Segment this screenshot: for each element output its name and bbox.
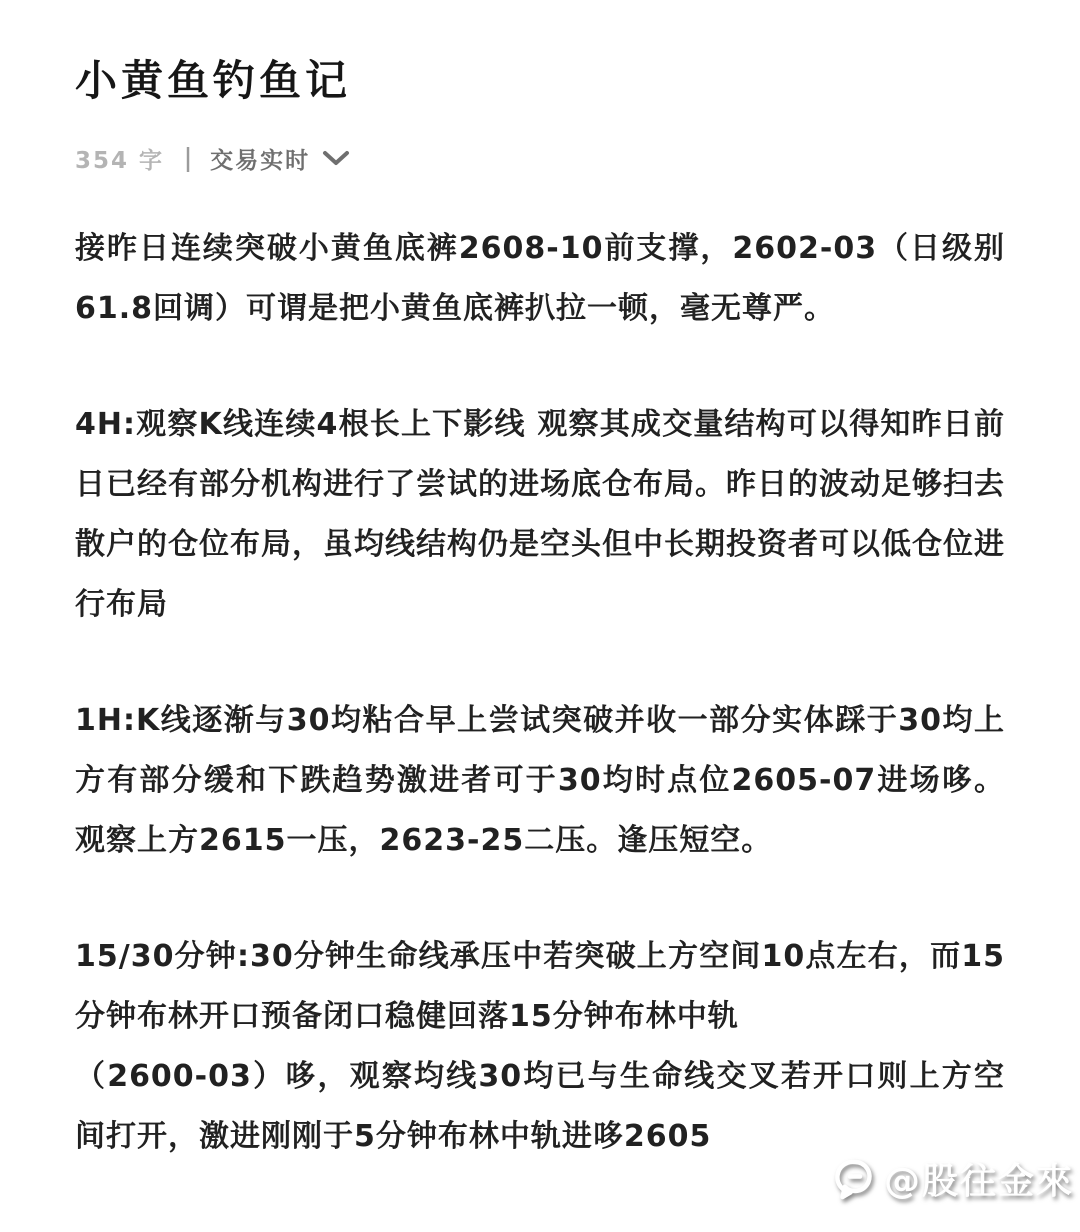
word-count: 354 字 xyxy=(75,142,164,175)
article-page: 小黄鱼钓鱼记 354 字 | 交易实时 接昨日连续突破小黄鱼底裤2608-10前… xyxy=(0,0,1080,1232)
category-selector[interactable]: 交易实时 xyxy=(210,142,350,175)
article-paragraph: 4H:观察K线连续4根长上下影线 观察其成交量结构可以得知昨日前日已经有部分机构… xyxy=(75,395,1005,635)
article-paragraph: 1H:K线逐渐与30均粘合早上尝试突破并收一部分实体踩于30均上方有部分缓和下跌… xyxy=(75,691,1005,871)
article-meta: 354 字 | 交易实时 xyxy=(75,142,1005,175)
category-label: 交易实时 xyxy=(210,142,310,175)
article-paragraph: 接昨日连续突破小黄鱼底裤2608-10前支撑，2602-03（日级别61.8回调… xyxy=(75,219,1005,339)
article-body: 接昨日连续突破小黄鱼底裤2608-10前支撑，2602-03（日级别61.8回调… xyxy=(75,219,1005,1167)
chevron-down-icon xyxy=(322,150,350,171)
meta-divider: | xyxy=(184,144,192,173)
article-paragraph: 15/30分钟:30分钟生命线承压中若突破上方空间10点左右，而15分钟布林开口… xyxy=(75,927,1005,1167)
article-title: 小黄鱼钓鱼记 xyxy=(75,58,1005,104)
